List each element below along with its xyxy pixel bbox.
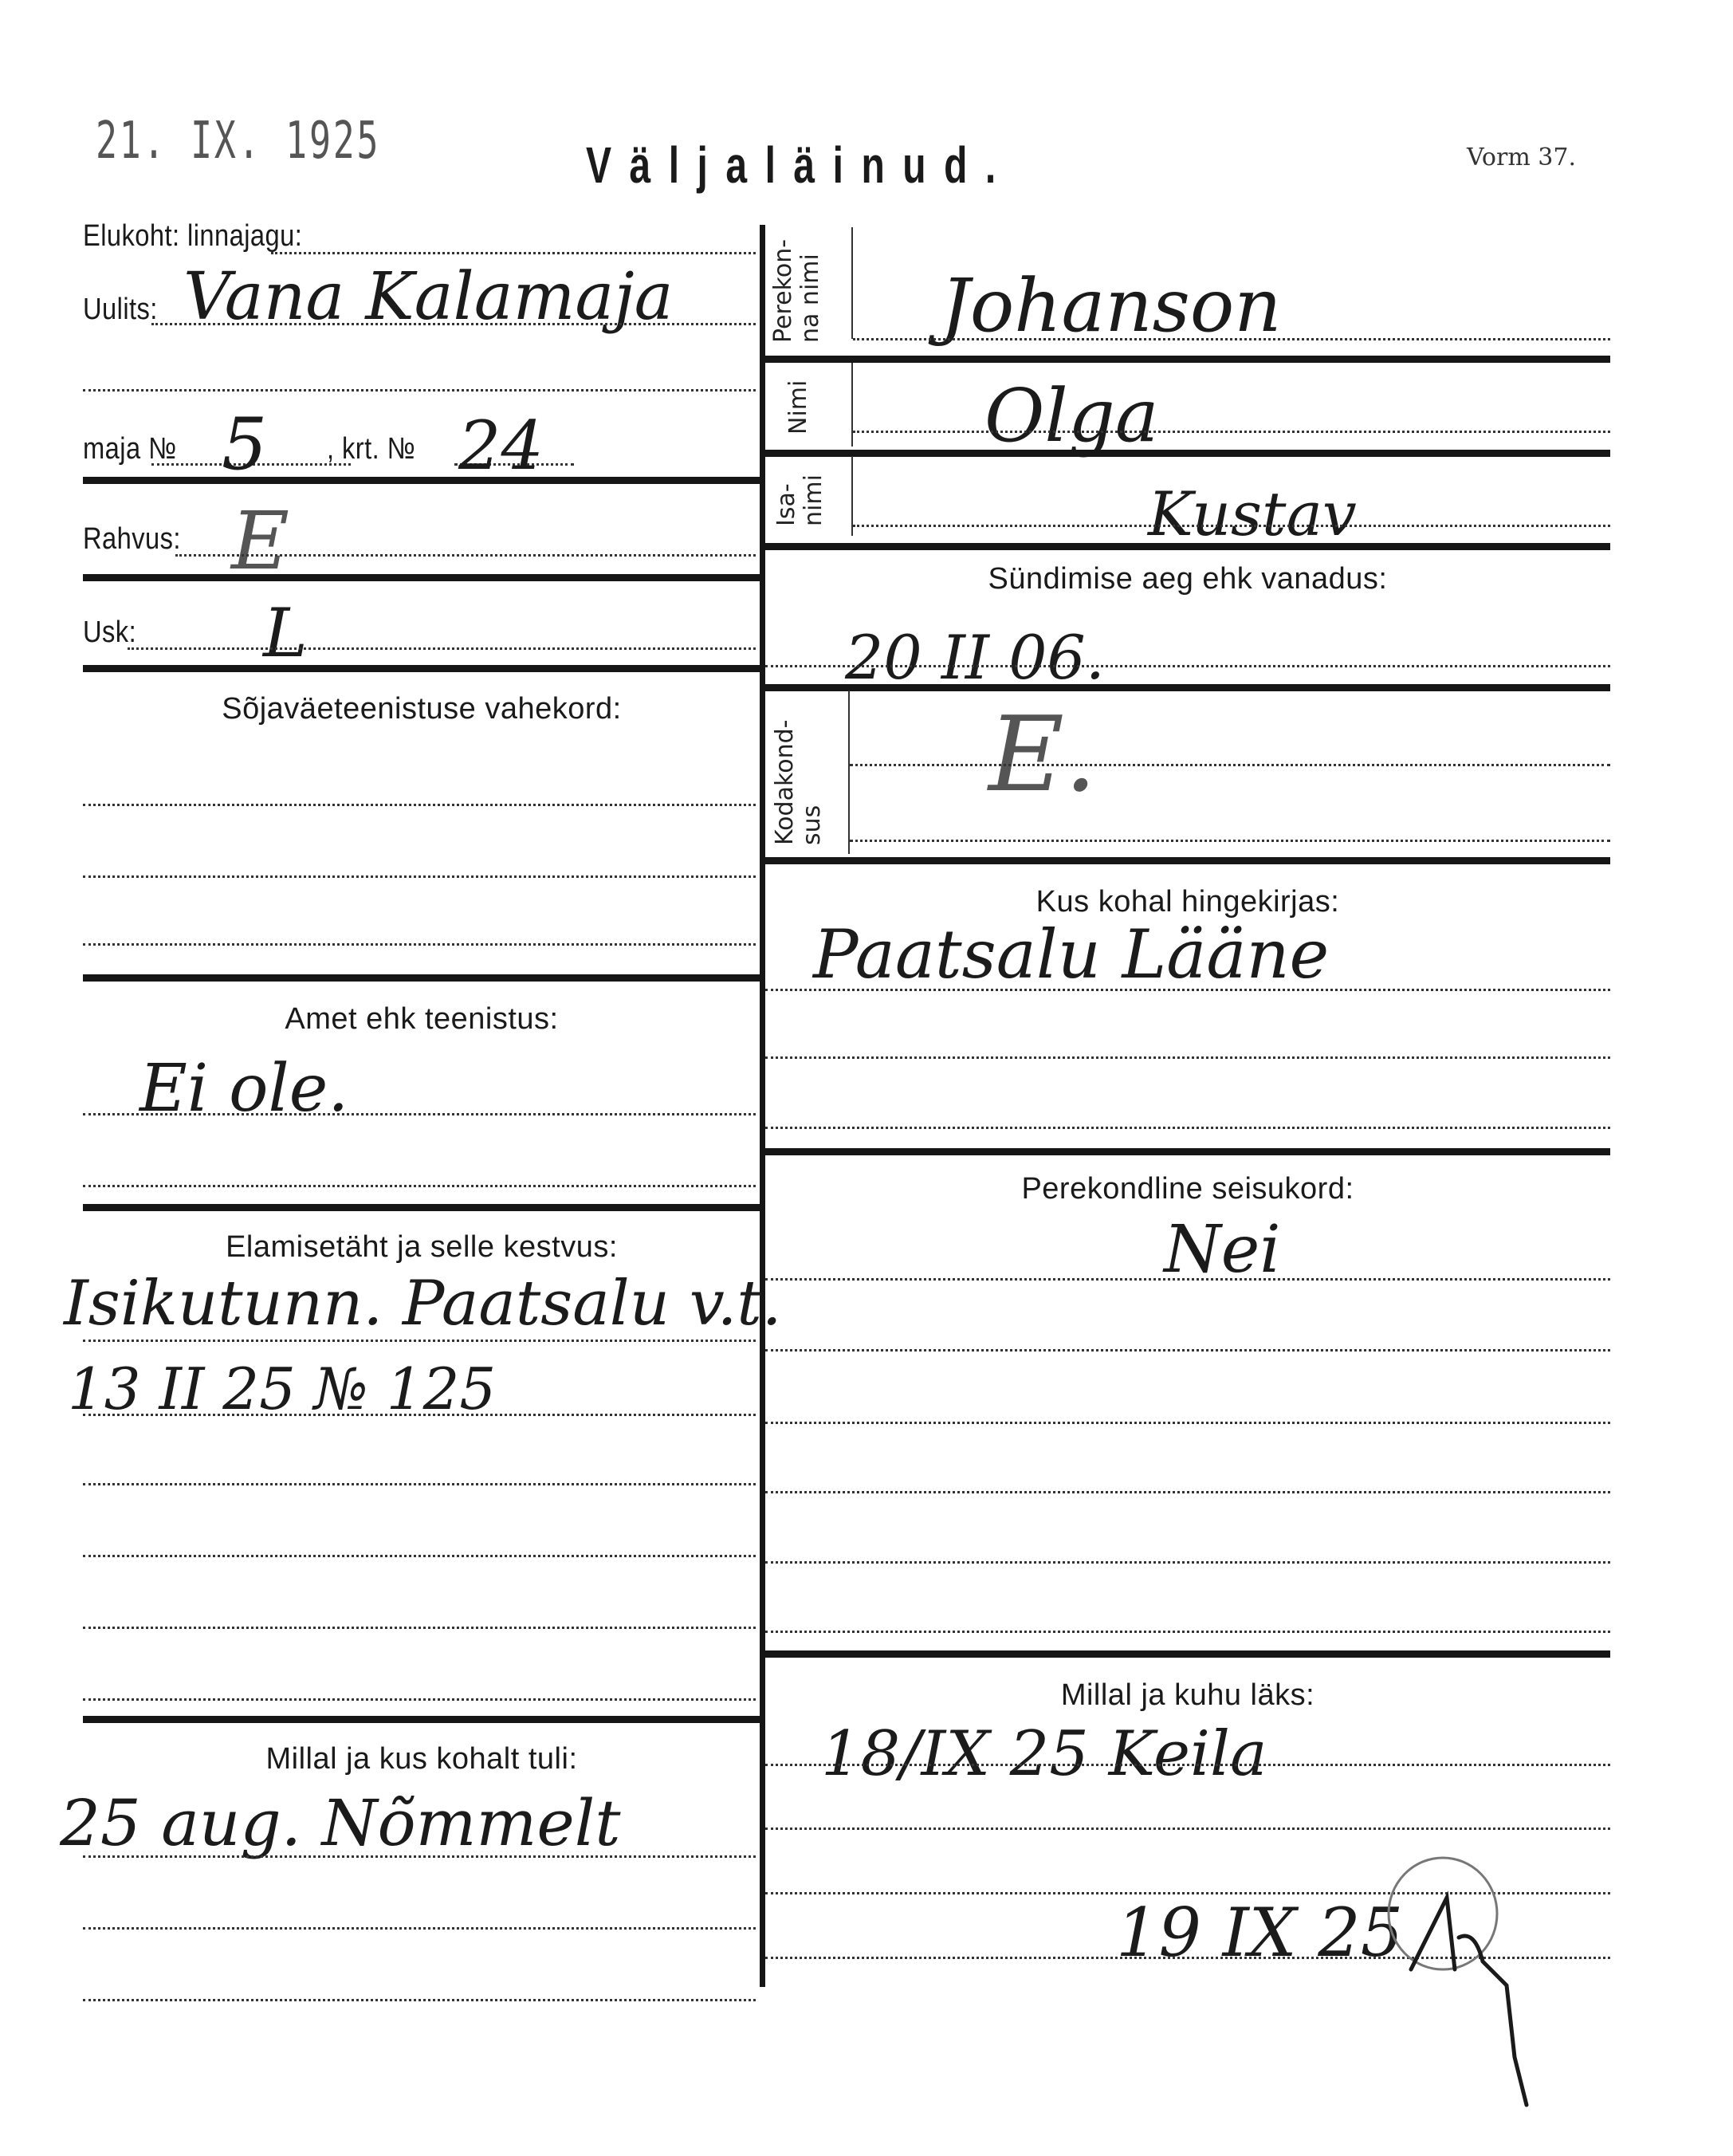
divider bbox=[83, 477, 760, 484]
perekonnanimi-value[interactable]: Johanson bbox=[941, 263, 1281, 348]
label-separator bbox=[851, 227, 853, 339]
address-extra-line bbox=[83, 389, 756, 391]
divider bbox=[765, 543, 1610, 550]
divider bbox=[765, 1650, 1610, 1658]
family-status-line-6 bbox=[765, 1631, 1610, 1633]
hingekiri-line-1 bbox=[765, 989, 1610, 991]
column-divider bbox=[760, 225, 765, 1987]
label-family-status: Perekondline seisukord: bbox=[765, 1172, 1610, 1206]
arrival-line-3 bbox=[83, 1999, 756, 2001]
family-status-line-3 bbox=[765, 1422, 1610, 1424]
label-isanimi: Isa- nimi bbox=[773, 474, 827, 526]
usk-line bbox=[128, 647, 756, 650]
departure-line-1 bbox=[765, 1764, 1610, 1766]
label-departure: Millal ja kuhu läks: bbox=[765, 1678, 1610, 1713]
family-status-value[interactable]: Nei bbox=[1164, 1212, 1281, 1288]
perekonnanimi-line bbox=[853, 338, 1610, 340]
isanimi-line bbox=[853, 525, 1610, 527]
label-kodakondsus: Kodakond- sus bbox=[772, 720, 826, 846]
hingekiri-value[interactable]: Paatsalu Lääne bbox=[813, 915, 1329, 993]
divider bbox=[83, 1716, 760, 1723]
label-birth: Sündimise aeg ehk vanadus: bbox=[765, 562, 1610, 596]
military-line-3 bbox=[83, 943, 756, 946]
date-stamp: 21. IX. 1925 bbox=[96, 112, 380, 171]
residence-line-2 bbox=[83, 1414, 756, 1416]
residence-value-line1[interactable]: Isikutunn. Paatsalu v.t. bbox=[64, 1268, 782, 1340]
label-usk: Usk: bbox=[83, 616, 136, 650]
family-status-line-2 bbox=[765, 1349, 1610, 1351]
label-hingekiri: Kus kohal hingekirjas: bbox=[765, 885, 1610, 919]
residence-line-4 bbox=[83, 1555, 756, 1557]
military-line-1 bbox=[83, 804, 756, 806]
label-rahvus: Rahvus: bbox=[83, 522, 181, 557]
divider bbox=[83, 665, 760, 672]
kodakondsus-value[interactable]: E. bbox=[988, 694, 1097, 815]
rahvus-line bbox=[175, 554, 756, 557]
nimi-line bbox=[853, 431, 1610, 433]
label-separator bbox=[848, 690, 850, 854]
family-status-line-4 bbox=[765, 1491, 1610, 1493]
label-perekonnanimi: Perekon- na nimi bbox=[770, 239, 824, 343]
hingekiri-line-3 bbox=[765, 1127, 1610, 1129]
form-number: Vorm 37. bbox=[1467, 144, 1576, 171]
amet-line-1 bbox=[83, 1113, 756, 1115]
divider bbox=[765, 356, 1610, 363]
label-military: Sõjaväeteenistuse vahekord: bbox=[83, 692, 760, 726]
family-status-line-5 bbox=[765, 1561, 1610, 1564]
nimi-value[interactable]: Olga bbox=[984, 373, 1159, 458]
label-krt: , krt. № bbox=[327, 432, 415, 466]
departure-line-2 bbox=[765, 1827, 1610, 1830]
hingekiri-line-2 bbox=[765, 1056, 1610, 1059]
divider bbox=[83, 574, 760, 581]
arrival-value[interactable]: 25 aug. Nõmmelt bbox=[60, 1786, 620, 1860]
label-uulits: Uulits: bbox=[83, 293, 158, 327]
divider bbox=[83, 1204, 760, 1211]
divider bbox=[765, 857, 1610, 864]
birth-value[interactable]: 20 II 06. bbox=[845, 622, 1105, 693]
signature-date: 19 IX 25 bbox=[1116, 1894, 1403, 1972]
label-maja: maja № bbox=[83, 432, 177, 466]
label-elukoht: Elukoht: linnajagu: bbox=[83, 219, 302, 254]
divider bbox=[83, 974, 760, 982]
label-nimi: Nimi bbox=[785, 380, 812, 435]
military-line-2 bbox=[83, 875, 756, 878]
divider bbox=[765, 1148, 1610, 1155]
label-amet: Amet ehk teenistus: bbox=[83, 1002, 760, 1037]
divider bbox=[765, 684, 1610, 691]
kodakondsus-line-2 bbox=[850, 840, 1610, 842]
krt-value[interactable]: 24 bbox=[458, 407, 544, 485]
residence-line-3 bbox=[83, 1483, 756, 1485]
maja-value[interactable]: 5 bbox=[222, 403, 267, 486]
arrival-line-2 bbox=[83, 1927, 756, 1930]
birth-line bbox=[765, 665, 1610, 667]
label-separator bbox=[851, 363, 853, 447]
family-status-line-1 bbox=[765, 1278, 1610, 1281]
label-separator bbox=[851, 456, 853, 536]
signature-icon bbox=[1379, 1850, 1586, 2121]
form-title: Väljaläinud. bbox=[586, 136, 1014, 195]
amet-line-2 bbox=[83, 1185, 756, 1187]
arrival-line-1 bbox=[83, 1855, 756, 1858]
departure-value[interactable]: 18/IX 25 Keila bbox=[821, 1718, 1267, 1790]
isanimi-value[interactable]: Kustav bbox=[1148, 478, 1357, 549]
residence-line-5 bbox=[83, 1627, 756, 1629]
residence-line-1 bbox=[83, 1340, 756, 1342]
uulits-line bbox=[151, 323, 756, 325]
usk-value[interactable]: L bbox=[263, 594, 308, 672]
elukoht-line bbox=[271, 252, 756, 254]
divider bbox=[765, 450, 1610, 457]
residence-line-6 bbox=[83, 1698, 756, 1701]
label-arrival: Millal ja kus kohalt tuli: bbox=[83, 1742, 760, 1776]
residence-value-line2[interactable]: 13 II 25 № 125 bbox=[68, 1355, 496, 1422]
kodakondsus-line-1 bbox=[850, 764, 1610, 766]
label-residence: Elamisetäht ja selle kestvus: bbox=[83, 1230, 760, 1265]
